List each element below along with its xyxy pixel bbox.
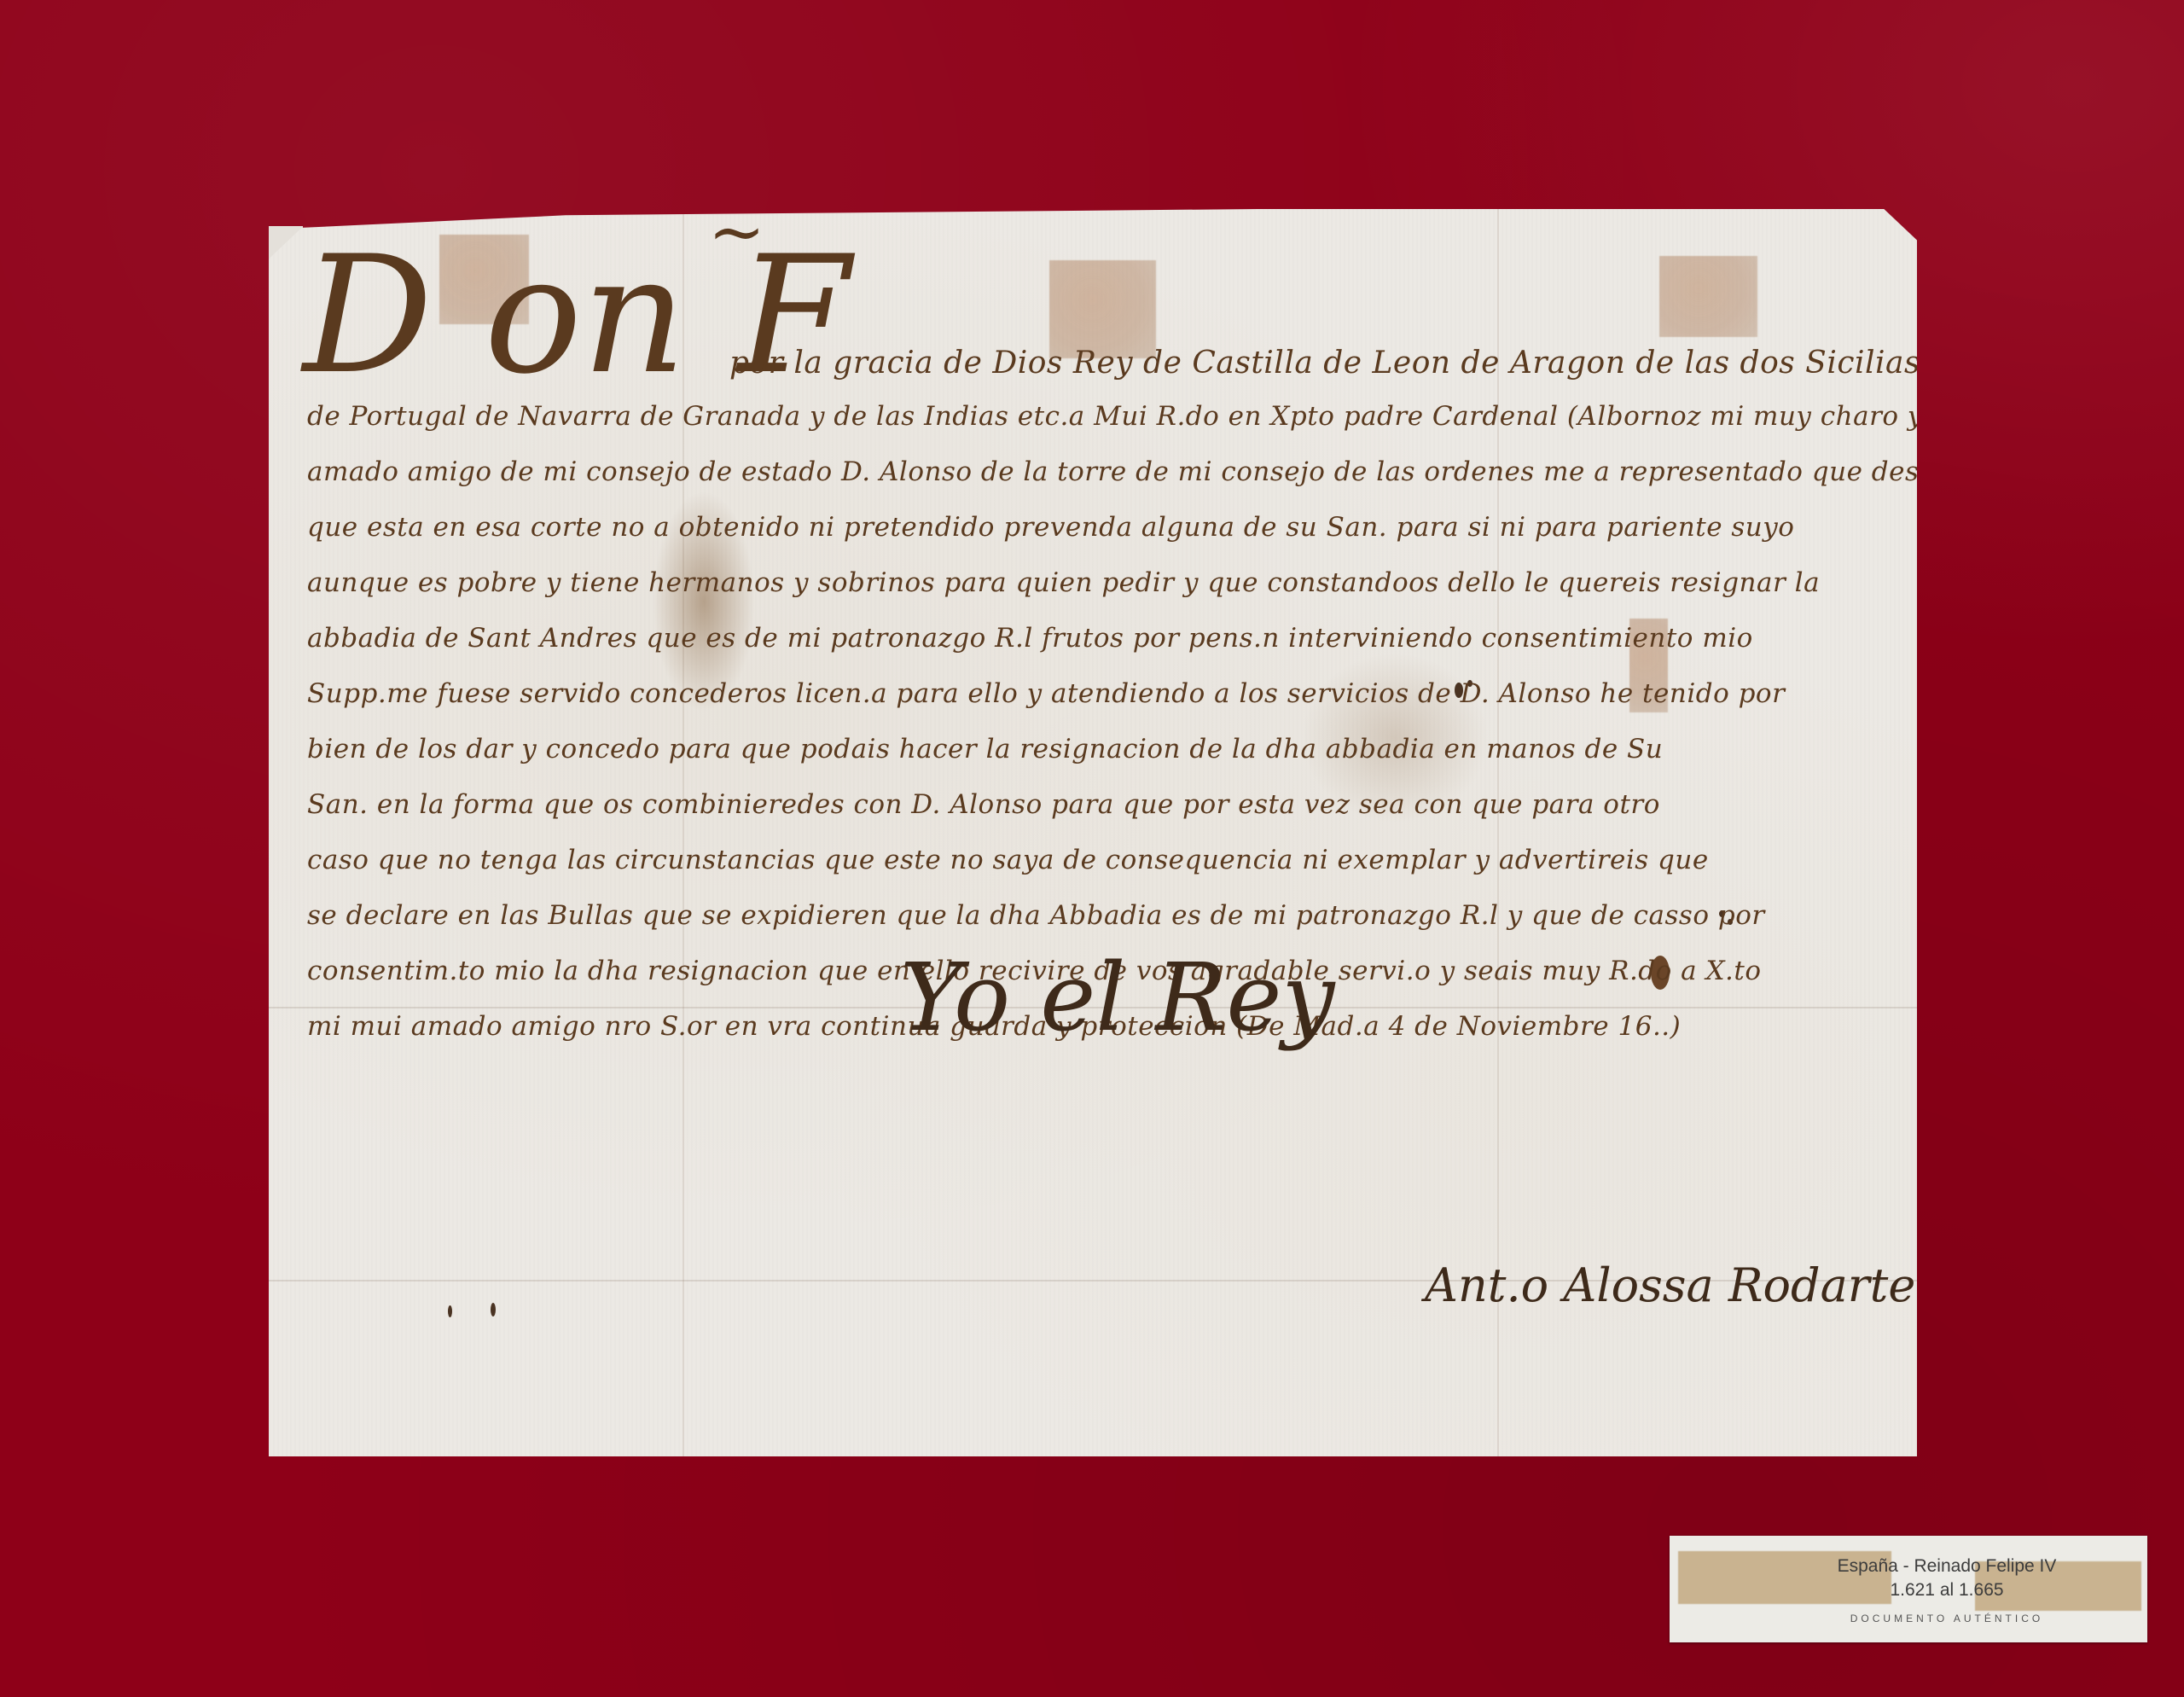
- manuscript-line: Supp.me fuese servido concederos licen.a…: [307, 678, 1785, 709]
- king-signature: Yo el Rey: [900, 943, 1335, 1052]
- authenticity-label-card: España - Reinado Felipe IV 1.621 al 1.66…: [1670, 1536, 2147, 1642]
- manuscript-line: caso que no tenga las circunstancias que…: [307, 845, 1709, 875]
- manuscript-line: abbadia de Sant Andres que es de mi patr…: [307, 623, 1753, 654]
- label-title: España - Reinado Felipe IV: [1670, 1556, 2147, 1577]
- manuscript-line: aunque es pobre y tiene hermanos y sobri…: [307, 567, 1820, 598]
- manuscript-line: bien de los dar y concedo para que podai…: [307, 734, 1663, 764]
- label-dates: 1.621 al 1.665: [1670, 1580, 2147, 1601]
- label-caption: DOCUMENTO AUTÉNTICO: [1670, 1613, 2147, 1624]
- manuscript-line: se declare en las Bullas que se expidier…: [307, 900, 1765, 931]
- secretary-signature: Ant.o Alossa Rodarte: [1425, 1258, 1915, 1312]
- manuscript-document: D on F ~ por la gracia de Dios Rey de Ca…: [269, 209, 1917, 1456]
- manuscript-line: que esta en esa corte no a obtenido ni p…: [307, 512, 1794, 543]
- manuscript-line: amado amigo de mi consejo de estado D. A…: [307, 456, 1984, 487]
- manuscript-line: de Portugal de Navarra de Granada y de l…: [307, 401, 1984, 432]
- manuscript-line: por la gracia de Dios Rey de Castilla de…: [729, 346, 2062, 381]
- manuscript-line: San. en la forma que os combinieredes co…: [307, 789, 1660, 820]
